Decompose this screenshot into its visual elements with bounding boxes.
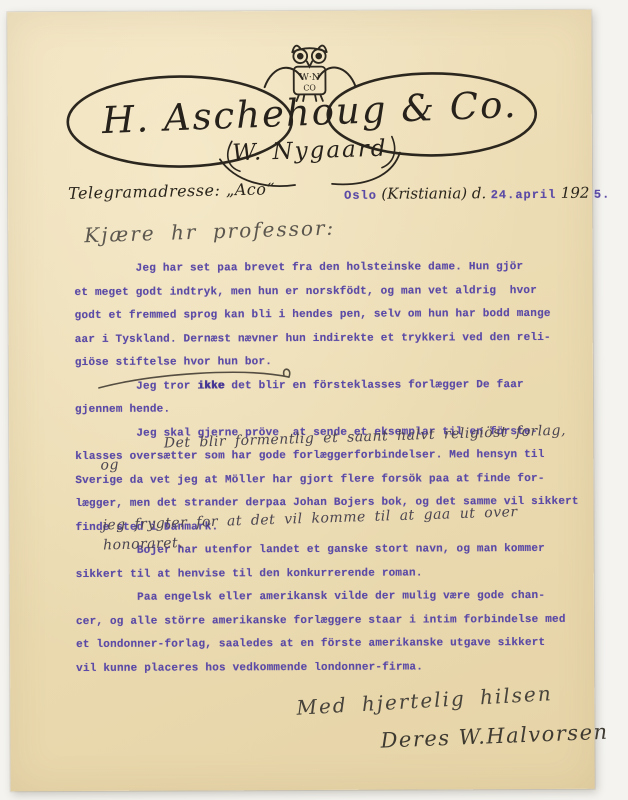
- letter-paper: W·N CO H. Aschehoug & Co. W. Nygaard Tel…: [7, 10, 594, 792]
- letterhead: W·N CO H. Aschehoug & Co. W. Nygaard: [59, 38, 560, 190]
- telegram-address: Telegramadresse: „Aco“: [68, 179, 275, 203]
- dateline-year-typed: 5.: [594, 188, 610, 202]
- dateline: Oslo (Kristiania) d. 24.april 192 5.: [344, 184, 610, 204]
- insertion-line-2: jeg frygter for at det vil komme til at …: [102, 500, 583, 555]
- paragraph-1: Jeg har set paa brevet fra den holsteins…: [74, 256, 587, 376]
- closing-signature: Deres W.Halvorsen: [380, 720, 609, 753]
- dateline-date-typed: 24.april: [491, 188, 557, 202]
- insertion-line-1: Det blir formentlig et saant halvt relig…: [100, 420, 581, 475]
- dateline-city-typed: Oslo: [344, 189, 377, 203]
- dateline-city-printed: (Kristiania) d.: [381, 184, 486, 202]
- insertion-mark-icon: [93, 363, 303, 392]
- salutation-handwritten: Kjære hr professor:: [84, 216, 336, 248]
- owl-monogram-top: W·N: [299, 72, 320, 83]
- dateline-year-printed: 192: [561, 184, 590, 202]
- insertion-handwritten: Det blir formentlig et saant halvt relig…: [98, 380, 584, 595]
- closing-valediction: Med hjertelig hilsen: [296, 681, 553, 719]
- paragraph-5: Paa engelsk eller amerikansk vilde der m…: [76, 585, 588, 681]
- scanned-letter: W·N CO H. Aschehoug & Co. W. Nygaard Tel…: [0, 0, 628, 800]
